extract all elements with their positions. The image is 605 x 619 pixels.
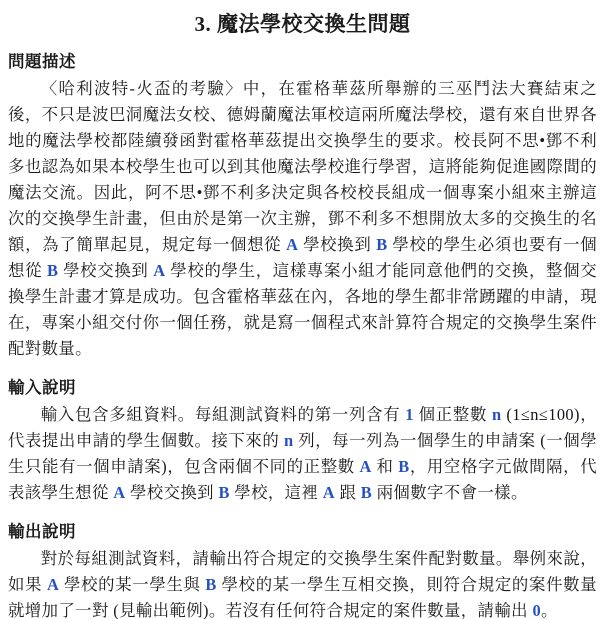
paragraph-problem-description: 〈哈利波特-火盃的考驗〉中，在霍格華茲所舉辦的三巫鬥法大賽結束之後，不只是波巴洞…	[8, 76, 597, 362]
inline-variable: B	[398, 457, 409, 476]
section-input-description: 輸入說明 輸入包含多組資料。每組測試資料的第一列含有 1 個正整數 n (1≤n…	[8, 374, 597, 506]
inline-variable: A	[47, 575, 59, 594]
inline-variable: n	[284, 431, 294, 450]
doc-title: 3. 魔法學校交換生問題	[8, 8, 597, 38]
inline-variable: B	[361, 483, 372, 502]
document-page: 3. 魔法學校交換生問題 問題描述 〈哈利波特-火盃的考驗〉中，在霍格華茲所舉辦…	[0, 0, 605, 619]
inline-variable: A	[286, 235, 298, 254]
inline-variable: 0	[532, 601, 541, 619]
inline-variable: A	[153, 261, 165, 280]
inline-variable: B	[205, 575, 216, 594]
section-heading-output-description: 輸出說明	[8, 518, 597, 542]
inline-variable: n	[492, 405, 502, 424]
paragraph-output-description: 對於每組測試資料，請輸出符合規定的交換學生案件配對數量。舉例來說，如果 A 學校…	[8, 546, 597, 619]
section-output-description: 輸出說明 對於每組測試資料，請輸出符合規定的交換學生案件配對數量。舉例來說，如果…	[8, 518, 597, 619]
inline-variable: B	[218, 483, 229, 502]
inline-variable: 1	[405, 405, 414, 424]
inline-variable: A	[323, 483, 335, 502]
inline-variable: A	[360, 457, 372, 476]
inline-variable: A	[113, 483, 125, 502]
section-heading-input-description: 輸入說明	[8, 374, 597, 398]
paragraph-input-description: 輸入包含多組資料。每組測試資料的第一列含有 1 個正整數 n (1≤n≤100)…	[8, 402, 597, 506]
inline-variable: B	[47, 261, 58, 280]
section-problem-description: 問題描述 〈哈利波特-火盃的考驗〉中，在霍格華茲所舉辦的三巫鬥法大賽結束之後，不…	[8, 48, 597, 362]
section-heading-problem-description: 問題描述	[8, 48, 597, 72]
inline-variable: (1≤n≤100)	[502, 405, 580, 424]
inline-variable: B	[376, 235, 387, 254]
